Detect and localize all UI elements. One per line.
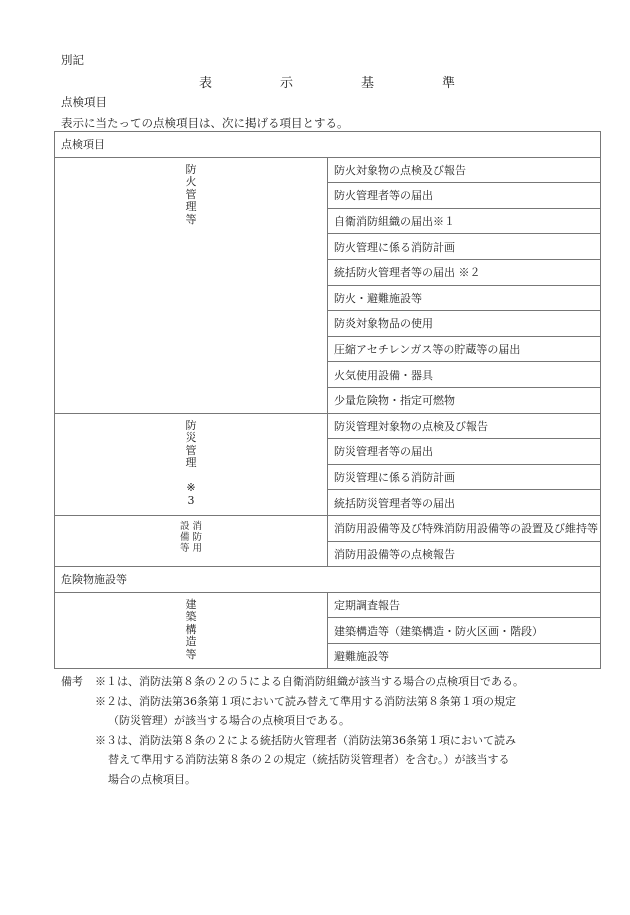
category-label: 建 築 構 造 等 <box>55 593 327 662</box>
table-row: 防 火 管 理 等 防火対象物の点検及び報告 <box>55 157 601 183</box>
category-cell-building-structure: 建 築 構 造 等 <box>55 592 328 669</box>
remarks-section: 備考※１は、消防法第８条の２の５による自衛消防組織が該当する場合の点検項目である… <box>61 672 524 789</box>
item-cell: 自衛消防組織の届出※１ <box>328 208 601 234</box>
item-cell: 防火対象物の点検及び報告 <box>328 157 601 183</box>
table-row: 危険物施設等 <box>55 567 601 593</box>
table-row: 防 災 管 理 ※ 3 防災管理対象物の点検及び報告 <box>55 413 601 439</box>
item-cell: 火気使用設備・器具 <box>328 362 601 388</box>
item-cell: 避難施設等 <box>328 643 601 669</box>
item-cell: 防炎対象物品の使用 <box>328 311 601 337</box>
item-cell: 防災管理者等の届出 <box>328 439 601 465</box>
category-label: 防 火 管 理 等 <box>55 158 327 227</box>
item-cell: 少量危険物・指定可燃物 <box>328 387 601 413</box>
table-header: 点検項目 <box>55 132 601 158</box>
table-row: 建 築 構 造 等 定期調査報告 <box>55 592 601 618</box>
category-label: 設 備 等 消 防 用 <box>55 516 327 554</box>
page-title: 表 示 基 準 <box>0 72 630 90</box>
category-cell-fire-prevention: 防 火 管 理 等 <box>55 157 328 413</box>
item-cell: 統括防火管理者等の届出 ※２ <box>328 259 601 285</box>
title-char: 示 <box>280 72 293 91</box>
remark-line: ※３は、消防法第８条の２による統括防火管理者（消防法第36条第１項において読み <box>61 734 516 747</box>
title-char: 準 <box>442 72 455 91</box>
remark-line: ※１は、消防法第８条の２の５による自衛消防組織が該当する場合の点検項目である。 <box>61 675 524 688</box>
title-char: 基 <box>361 72 374 91</box>
remark-line: （防災管理）が該当する場合の点検項目である。 <box>61 714 350 727</box>
section-heading: 点検項目 <box>61 94 107 110</box>
item-cell: 防火管理に係る消防計画 <box>328 234 601 260</box>
item-cell: 消防用設備等の点検報告 <box>328 541 601 567</box>
remark-line: ※２は、消防法第36条第１項において読み替えて準用する消防法第８条第１項の規定 <box>61 695 516 708</box>
remarks-label: 備考 <box>61 672 83 692</box>
item-cell: 建築構造等（建築構造・防火区画・階段） <box>328 618 601 644</box>
item-cell: 圧縮アセチレンガス等の貯蔵等の届出 <box>328 336 601 362</box>
item-cell: 防火管理者等の届出 <box>328 183 601 209</box>
remark-line: 替えて準用する消防法第８条の２の規定（統括防災管理者）を含む。）が該当する <box>61 753 510 766</box>
intro-text: 表示に当たっての点検項目は、次に掲げる項目とする。 <box>61 115 349 131</box>
remark-line: 場合の点検項目。 <box>61 773 196 786</box>
category-label: 防 災 管 理 ※ 3 <box>55 414 327 508</box>
item-cell-hazardous-facilities: 危険物施設等 <box>55 567 601 593</box>
table-row: 設 備 等 消 防 用 消防用設備等及び特殊消防用設備等の設置及び維持等 <box>55 515 601 541</box>
category-cell-disaster-prevention: 防 災 管 理 ※ 3 <box>55 413 328 515</box>
title-char: 表 <box>199 72 212 91</box>
item-cell: 防災管理対象物の点検及び報告 <box>328 413 601 439</box>
inspection-items-table: 点検項目 防 火 管 理 等 防火対象物の点検及び報告 防火管理者等の届出 自衛… <box>54 131 601 669</box>
item-cell: 定期調査報告 <box>328 592 601 618</box>
category-cell-fire-equipment: 設 備 等 消 防 用 <box>55 515 328 566</box>
appendix-label: 別記 <box>61 52 84 68</box>
item-cell: 統括防災管理者等の届出 <box>328 490 601 516</box>
item-cell: 消防用設備等及び特殊消防用設備等の設置及び維持等 <box>328 515 601 541</box>
item-cell: 防災管理に係る消防計画 <box>328 464 601 490</box>
item-cell: 防火・避難施設等 <box>328 285 601 311</box>
table-header-row: 点検項目 <box>55 132 601 158</box>
